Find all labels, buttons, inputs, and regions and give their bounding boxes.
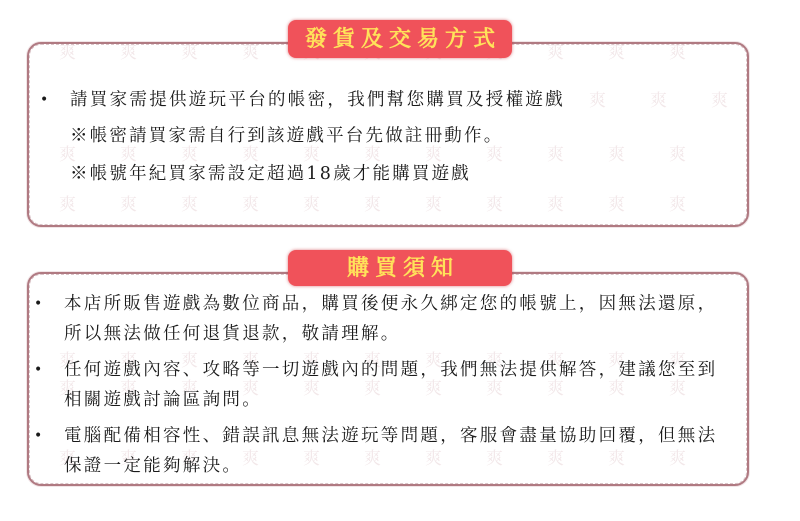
- bullet-icon: •: [34, 355, 45, 385]
- item-text-line: 本店所販售遊戲為數位商品，購買後便永久綁定您的帳號上，因無法還原，: [64, 289, 717, 319]
- section-title: 購買須知: [347, 255, 459, 281]
- item-text-line: 保證一定能夠解決。: [64, 451, 717, 481]
- note-text: ※帳號年紀買家需設定超過18歲才能購買遊戲: [70, 160, 471, 185]
- watermark-row: 爽爽爽爽爽爽爽爽爽爽爽: [59, 190, 686, 215]
- note-text: ※帳密請買家需自行到該遊戲平台先做註冊動作。: [70, 122, 503, 147]
- section-title-banner: 購買須知: [288, 250, 512, 286]
- item-text-line: 任何遊戲內容、攻略等一切遊戲內的問題，我們無法提供解答，建議您至到: [64, 355, 717, 385]
- section-title: 發貨及交易方式: [305, 26, 501, 52]
- item-text: 請買家需提供遊玩平台的帳密，我們幫您購買及授權遊戲: [70, 84, 565, 117]
- item-text-line: 所以無法做任何退貨退款，敬請理解。: [64, 319, 717, 349]
- watermark-row: 爽爽爽爽: [589, 86, 747, 111]
- bullet-icon: •: [40, 84, 51, 117]
- list-item: • 本店所販售遊戲為數位商品，購買後便永久綁定您的帳號上，因無法還原， 所以無法…: [64, 289, 717, 349]
- bullet-icon: •: [34, 421, 45, 451]
- list-item: • 任何遊戲內容、攻略等一切遊戲內的問題，我們無法提供解答，建議您至到 相關遊戲…: [64, 355, 717, 415]
- item-text-line: 電腦配備相容性、錯誤訊息無法遊玩等問題，客服會盡量協助回覆，但無法: [64, 421, 717, 451]
- list-item: • 請買家需提供遊玩平台的帳密，我們幫您購買及授權遊戲: [70, 84, 565, 117]
- bullet-icon: •: [34, 289, 45, 319]
- item-text-line: 相關遊戲討論區詢問。: [64, 385, 717, 415]
- section-title-banner: 發貨及交易方式: [288, 20, 512, 58]
- list-item: • 電腦配備相容性、錯誤訊息無法遊玩等問題，客服會盡量協助回覆，但無法 保證一定…: [64, 421, 717, 481]
